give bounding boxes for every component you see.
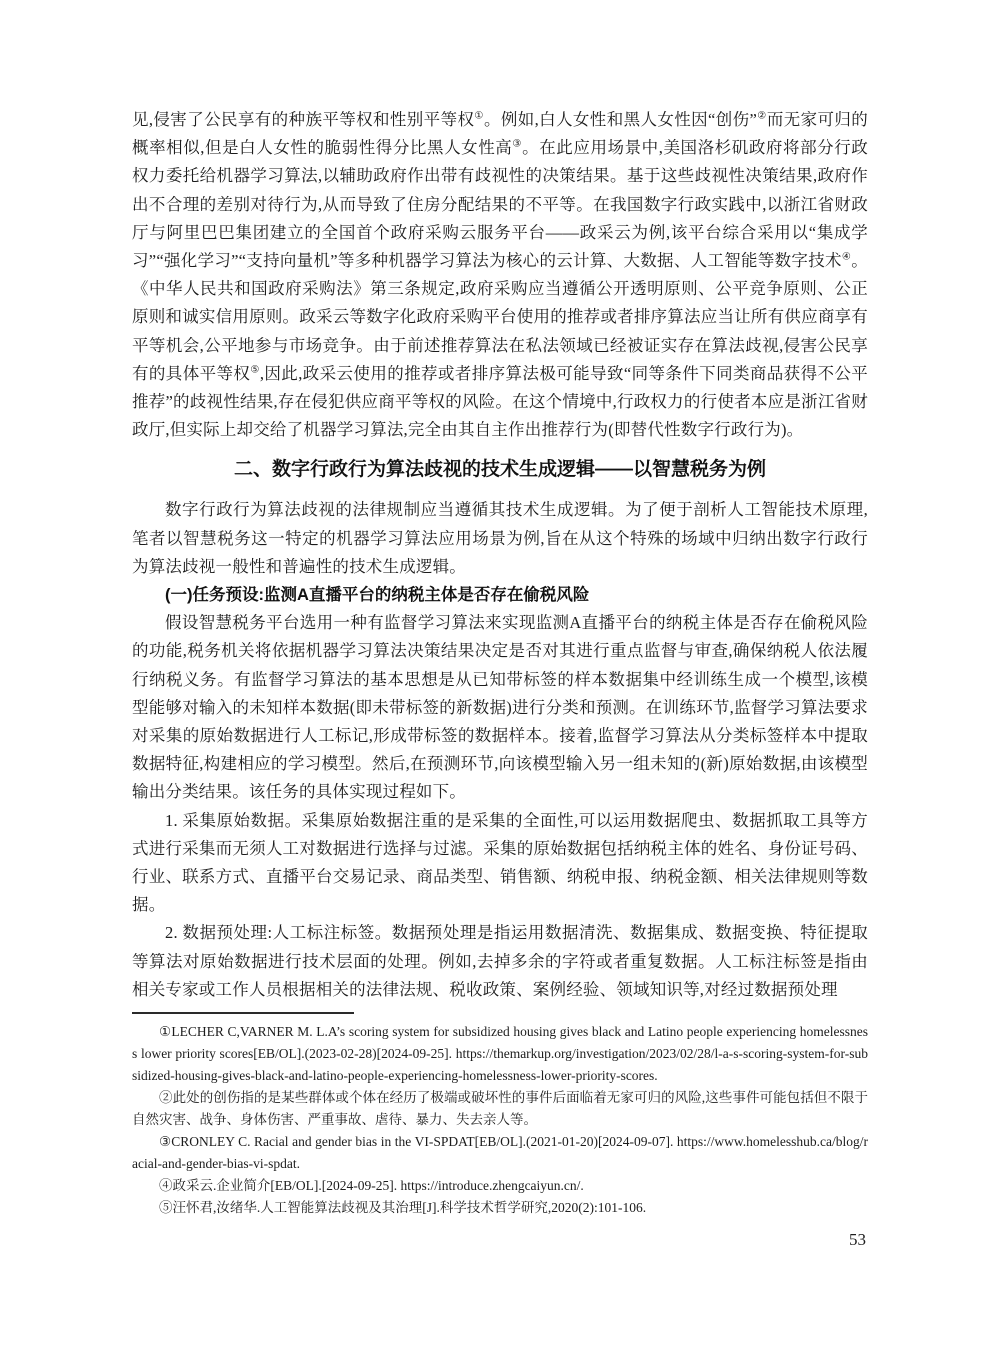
article-body: 见,侵害了公民享有的种族平等权和性别平等权①。例如,白人女性和黑人女性因“创伤”… [132, 106, 868, 1219]
footnote-4: ④政采云.企业简介[EB/OL].[2024-09-25]. https://i… [132, 1175, 868, 1197]
footnote-divider [132, 1012, 354, 1014]
intro-paragraph: 数字行政行为算法歧视的法律规制应当遵循其技术生成逻辑。为了便于剖析人工智能技术原… [132, 496, 868, 581]
paragraph-continuation: 见,侵害了公民享有的种族平等权和性别平等权①。例如,白人女性和黑人女性因“创伤”… [132, 106, 868, 444]
footnotes-section: ①LECHER C,VARNER M. L.A’s scoring system… [132, 1012, 868, 1219]
journal-page: 见,侵害了公民享有的种族平等权和性别平等权①。例如,白人女性和黑人女性因“创伤”… [0, 0, 1000, 1347]
footnote-3: ③CRONLEY C. Racial and gender bias in th… [132, 1131, 868, 1175]
footnote-1: ①LECHER C,VARNER M. L.A’s scoring system… [132, 1021, 868, 1087]
paragraph-task-description: 假设智慧税务平台选用一种有监督学习算法来实现监测A直播平台的纳税主体是否存在偷税… [132, 609, 868, 806]
footnote-2: ②此处的创伤指的是某些群体或个体在经历了极端或破坏性的事件后面临着无家可归的风险… [132, 1087, 868, 1131]
subsection-heading: (一)任务预设:监测A直播平台的纳税主体是否存在偷税风险 [132, 581, 868, 609]
section-heading: 二、数字行政行为算法歧视的技术生成逻辑——以智慧税务为例 [132, 457, 868, 483]
paragraph-step1-data-collection: 1. 采集原始数据。采集原始数据注重的是采集的全面性,可以运用数据爬虫、数据抓取… [132, 807, 868, 920]
footnote-5: ⑤汪怀君,汝绪华.人工智能算法歧视及其治理[J].科学技术哲学研究,2020(2… [132, 1197, 868, 1219]
paragraph-step2-data-preprocessing: 2. 数据预处理:人工标注标签。数据预处理是指运用数据清洗、数据集成、数据变换、… [132, 919, 868, 1004]
page-number: 53 [849, 1230, 866, 1250]
